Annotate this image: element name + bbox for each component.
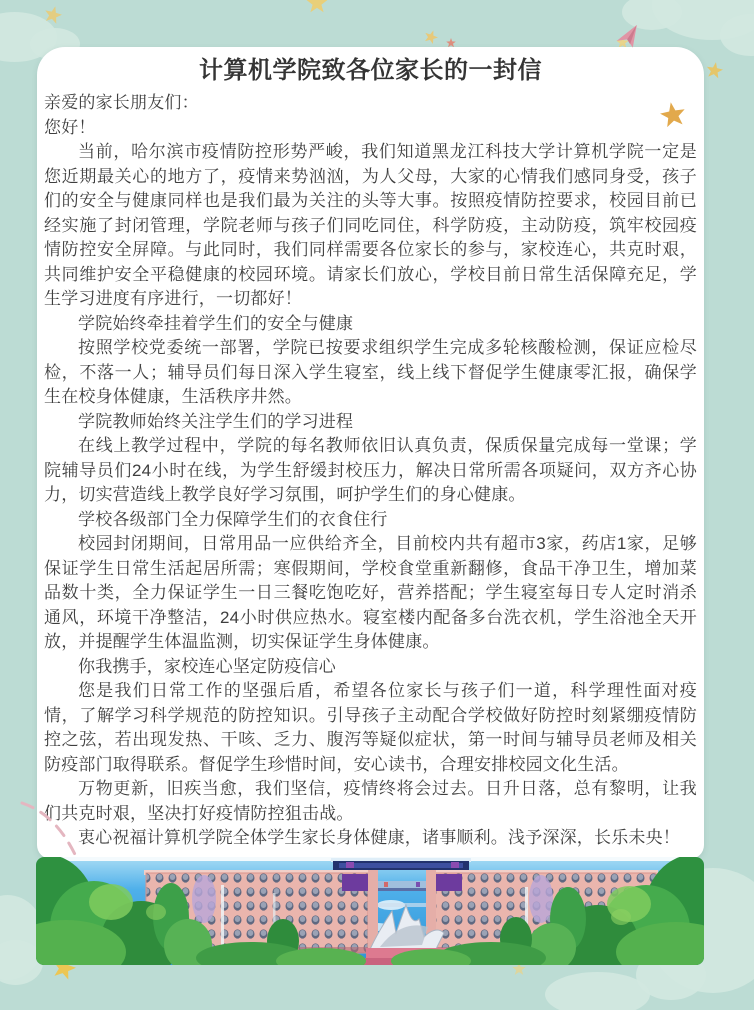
star-icon <box>422 28 440 46</box>
letter-paragraph: 您是我们日常工作的坚强后盾，希望各位家长与孩子们一道，科学理性面对疫情，了解学习… <box>44 679 697 777</box>
letter-section-heading: 学校各级部门全力保障学生们的衣食住行 <box>44 508 697 533</box>
letter-paragraph: 当前，哈尔滨市疫情防控形势严峻，我们知道黑龙江科技大学计算机学院一定是您近期最关… <box>44 140 697 312</box>
letter-paragraph: 校园封闭期间，日常用品一应供给齐全，目前校内共有超市3家，药店1家，足够保证学生… <box>44 532 697 655</box>
letter-paragraph: 按照学校党委统一部署，学院已按要求组织学生完成多轮核酸检测，保证应检尽检，不落一… <box>44 336 697 410</box>
letter-title: 计算机学院致各位家长的一封信 <box>44 55 697 86</box>
cloud-icon <box>545 972 650 1010</box>
star-icon <box>705 61 725 81</box>
letter-page: 计算机学院致各位家长的一封信 亲爱的家长朋友们：您好！当前，哈尔滨市疫情防控形势… <box>0 0 754 1010</box>
campus-photo <box>36 857 704 965</box>
letter-card: 计算机学院致各位家长的一封信 亲爱的家长朋友们：您好！当前，哈尔滨市疫情防控形势… <box>37 47 704 859</box>
letter-paragraph: 在线上教学过程中，学院的每名教师依旧认真负责，保质保量完成每一堂课；学院辅导员们… <box>44 434 697 508</box>
dashed-trail-icon <box>12 795 102 870</box>
letter-paragraph: 万物更新，旧疾当愈，我们坚信，疫情终将会过去。日升日落，总有黎明，让我们共克时艰… <box>44 777 697 826</box>
letter-paragraph: 您好！ <box>44 116 697 141</box>
letter-paragraph: 亲爱的家长朋友们： <box>44 91 697 116</box>
letter-paragraph: 衷心祝福计算机学院全体学生家长身体健康，诸事顺利。浅予深深，长乐未央！ <box>44 826 697 851</box>
star-icon <box>306 0 328 14</box>
letter-section-heading: 学院教师始终关注学生们的学习进程 <box>44 410 697 435</box>
letter-body: 亲爱的家长朋友们：您好！当前，哈尔滨市疫情防控形势严峻，我们知道黑龙江科技大学计… <box>44 91 697 851</box>
letter-section-heading: 你我携手，家校连心坚定防疫信心 <box>44 655 697 680</box>
letter-section-heading: 学院始终牵挂着学生们的安全与健康 <box>44 312 697 337</box>
